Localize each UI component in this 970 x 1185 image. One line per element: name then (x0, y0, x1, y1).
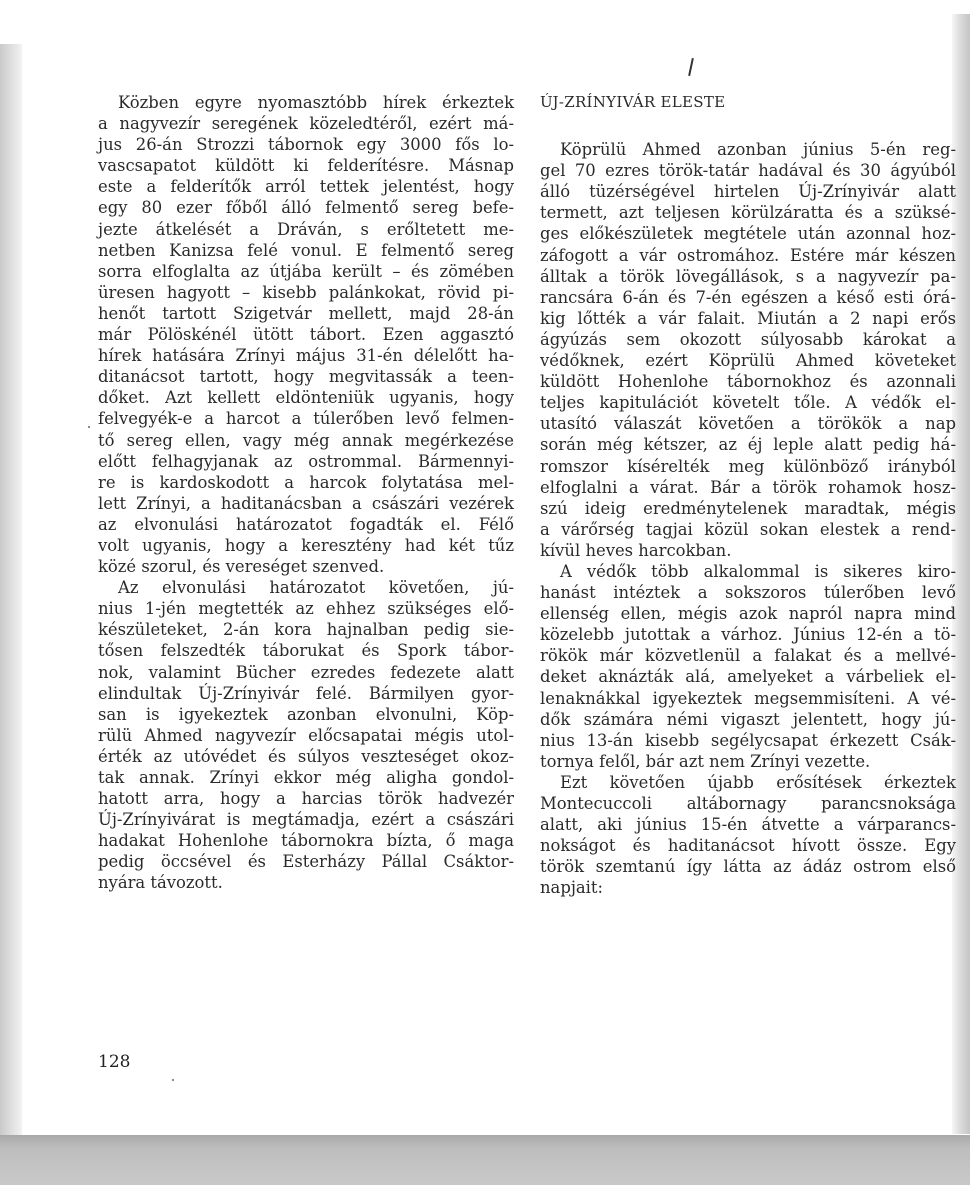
text-line: nyára távozott. (98, 872, 514, 893)
text-line: nok, valamint Bücher ezredes fedezete al… (98, 662, 514, 683)
text-line: henőt tartott Szigetvár mellett, majd 28… (98, 303, 514, 324)
text-line: ágyúzás sem okozott súlyosabb károkat a (540, 329, 956, 350)
text-line: álltak a török lövegállások, s a nagyvez… (540, 266, 956, 287)
page-number: 128 (98, 1052, 130, 1072)
text-line: Köprülü Ahmed azonban június 5-én reg- (540, 139, 956, 160)
text-line: készületeket, 2-án kora hajnalban pedig … (98, 619, 514, 640)
text-line: nius 13-án kisebb segélycsapat érkezett … (540, 730, 956, 751)
text-line: közé szorul, és vereséget szenved. (98, 556, 514, 577)
text-line: hadakat Hohenlohe tábornokra bízta, ő ma… (98, 830, 514, 851)
text-line: ellenség ellen, mégis azok napról napra … (540, 603, 956, 624)
text-line: során még kétszer, az éj leple alatt ped… (540, 434, 956, 455)
text-line: elindultak Új-Zrínyivár felé. Bármilyen … (98, 683, 514, 704)
right-text-column: ÚJ-ZRÍNYIVÁR ELESTE Köprülü Ahmed azonba… (540, 92, 956, 898)
text-line: jezte átkelését a Dráván, s erőltetett m… (98, 219, 514, 240)
text-line: gel 70 ezres török-tatár hadával és 30 á… (540, 160, 956, 181)
text-line: Montecuccoli altábornagy parancsnoksága (540, 793, 956, 814)
text-line: netben Kanizsa felé vonul. E felmentő se… (98, 240, 514, 261)
text-line: a várőrség tagjai közül sokan elestek a … (540, 519, 956, 540)
text-line: török szemtanú így látta az ádáz ostrom … (540, 856, 956, 877)
text-line: termett, azt teljesen körülzáratta és a … (540, 202, 956, 223)
text-line: este a felderítők arról tettek jelentést… (98, 176, 514, 197)
text-line: alatt, aki június 15-én átvette a várpar… (540, 814, 956, 835)
text-line: kig lőtték a vár falait. Miután a 2 napi… (540, 308, 956, 329)
text-line: tak annak. Zrínyi ekkor még aligha gondo… (98, 767, 514, 788)
text-line: szú ideig eredménytelenek maradtak, mégi… (540, 498, 956, 519)
text-line: pedig öccsével és Esterházy Pállal Csákt… (98, 851, 514, 872)
text-line: romszor kísérelték meg különböző iránybó… (540, 456, 956, 477)
text-line: utasító válaszát követően a törökök a na… (540, 413, 956, 434)
text-line: álló tüzérségével hirtelen Új-Zrínyivár … (540, 181, 956, 202)
text-line: Közben egyre nyomasztóbb hírek érkeztek (98, 92, 514, 113)
text-line: volt ugyanis, hogy a keresztény had két … (98, 535, 514, 556)
text-line: az elvonulási határozatot fogadták el. F… (98, 514, 514, 535)
text-line: teljes kapitulációt követelt tőle. A véd… (540, 392, 956, 413)
left-text-column: Közben egyre nyomasztóbb hírek érkeztek … (98, 92, 514, 894)
text-line: Ezt követően újabb erősítések érkeztek (540, 772, 956, 793)
text-line: felvegyék-e a harcot a túlerőben levő fe… (98, 408, 514, 429)
running-head: ÚJ-ZRÍNYIVÁR ELESTE (540, 92, 956, 113)
text-line: rancsára 6-án és 7-én egészen a késő est… (540, 287, 956, 308)
text-line: üresen hagyott – kisebb palánkokat, rövi… (98, 282, 514, 303)
page-left-edge-shadow (0, 44, 22, 1144)
scanner-bottom-band (0, 1135, 970, 1185)
text-line: tornya felől, bár azt nem Zrínyi vezette… (540, 751, 956, 772)
text-line: záfogott a vár ostromához. Estére már ké… (540, 245, 956, 266)
text-line: ditanácsot tartott, hogy megvitassák a t… (98, 366, 514, 387)
text-line: dőket. Azt kellett eldönteniük ugyanis, … (98, 387, 514, 408)
text-line: A védők több alkalommal is sikeres kiro- (540, 561, 956, 582)
text-line: nius 1-jén megtették az ehhez szükséges … (98, 598, 514, 619)
text-line: küldött Hohenlohe tábornokhoz és azonnal… (540, 371, 956, 392)
text-line: hanást intéztek a sokszoros túlerőben le… (540, 582, 956, 603)
text-line: deket aknázták alá, amelyeket a várbelie… (540, 666, 956, 687)
text-line: vascsapatot küldött ki felderítésre. Más… (98, 155, 514, 176)
text-line: egy 80 ezer főből álló felmentő sereg be… (98, 197, 514, 218)
text-line: lenaknákkal igyekeztek megsemmisíteni. A… (540, 688, 956, 709)
text-line: érték az utóvédet és súlyos veszteséget … (98, 746, 514, 767)
text-line: tő sereg ellen, vagy még annak megérkezé… (98, 430, 514, 451)
text-line: rökök már közvetlenül a falakat és a mel… (540, 645, 956, 666)
scan-speck (88, 426, 90, 428)
text-line: hatott arra, hogy a harcias török hadvez… (98, 788, 514, 809)
text-line: Az elvonulási határozatot követően, jú- (98, 577, 514, 598)
text-line: napjait: (540, 877, 956, 898)
scan-speck (172, 1079, 174, 1081)
text-line: előtt felhagyjanak az ostrommal. Bármenn… (98, 451, 514, 472)
stray-pen-mark (688, 58, 694, 76)
text-line: közelebb jutottak a várhoz. Június 12-én… (540, 624, 956, 645)
text-line: Új-Zrínyivárat is megtámadja, ezért a cs… (98, 809, 514, 830)
text-line: re is kardoskodott a harcok folytatása m… (98, 472, 514, 493)
text-line: san is igyekeztek azonban elvonulni, Köp… (98, 704, 514, 725)
text-line: nokságot és haditanácsot hívott össze. E… (540, 835, 956, 856)
text-line: lett Zrínyi, a haditanácsban a császári … (98, 493, 514, 514)
text-line: sorra elfoglalta az útjába került – és z… (98, 261, 514, 282)
text-line: rülü Ahmed nagyvezír előcsapatai mégis u… (98, 725, 514, 746)
text-line: tősen felszedték táborukat és Spork tábo… (98, 640, 514, 661)
text-line: jus 26-án Strozzi tábornok egy 3000 fős … (98, 134, 514, 155)
text-line: ges előkészületek megtétele után azonnal… (540, 223, 956, 244)
text-line: hírek hatására Zrínyi május 31-én délelő… (98, 345, 514, 366)
text-line: védőknek, ezért Köprülü Ahmed követeket (540, 350, 956, 371)
text-line: már Pölöskénél ütött tábort. Ezen aggasz… (98, 324, 514, 345)
scanned-book-page: Közben egyre nyomasztóbb hírek érkeztek … (0, 0, 970, 1185)
text-line: elfoglalni a várat. Bár a török rohamok … (540, 477, 956, 498)
text-line: kívül heves harcokban. (540, 540, 956, 561)
text-line: dők számára némi vigaszt jelentett, hogy… (540, 709, 956, 730)
text-line: a nagyvezír seregének közeledtéről, ezér… (98, 113, 514, 134)
